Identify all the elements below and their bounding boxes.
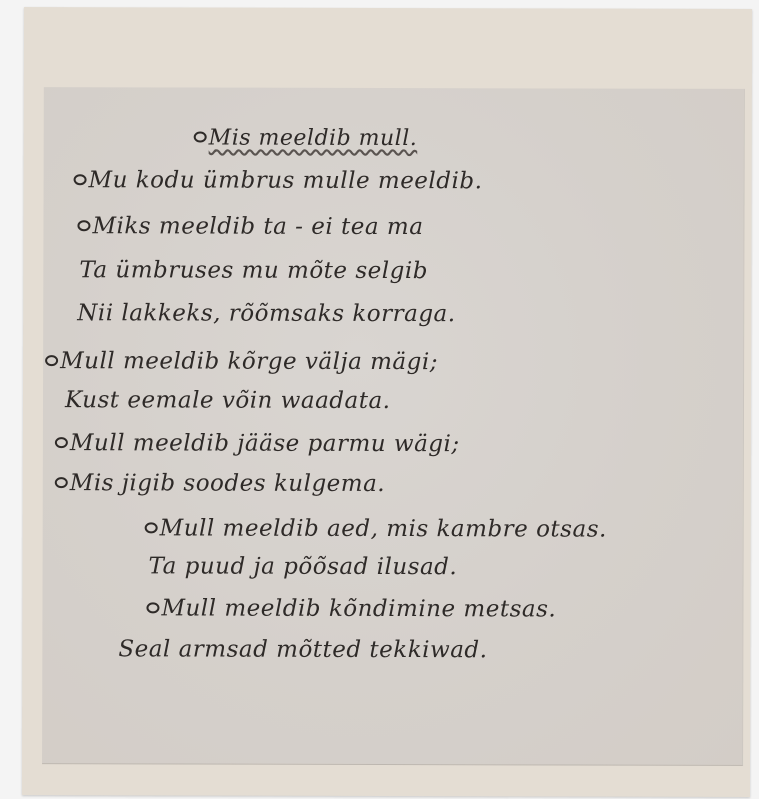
poem-line: Ta ümbruses mu mõte selgib: [79, 259, 428, 283]
poem-line: Nii lakkeks, rõõmsaks korraga.: [77, 302, 455, 326]
photograph: Mis meeldib mull. Mu kodu ümbrus mulle m…: [42, 87, 745, 766]
poem-line: Mull meeldib jääse parmu wägi;: [55, 432, 460, 456]
poem-line: Mu kodu ümbrus mulle meeldib.: [74, 169, 483, 193]
flourish-icon: [194, 131, 207, 142]
poem-line: Mull meeldib kõrge välja mägi;: [45, 350, 438, 374]
poem-line: Seal armsad mõtted tekkiwad.: [118, 638, 487, 662]
poem-line: Mull meeldib aed, mis kambre otsas.: [145, 517, 607, 541]
poem-line: Miks meeldib ta - ei tea ma: [77, 215, 423, 239]
handwritten-poem: Mis meeldib mull. Mu kodu ümbrus mulle m…: [42, 87, 744, 765]
poem-line: Mull meeldib kõndimine metsas.: [146, 597, 556, 621]
flourish-icon: [146, 602, 159, 613]
flourish-icon: [55, 477, 68, 488]
poem-line: Kust eemale võin waadata.: [65, 389, 391, 413]
poem-line: Ta puud ja põõsad ilusad.: [149, 555, 458, 579]
poem-title: Mis meeldib mull.: [194, 127, 418, 150]
flourish-icon: [74, 174, 87, 185]
poem-line: Mis jigib soodes kulgema.: [55, 472, 385, 496]
flourish-icon: [45, 355, 58, 366]
flourish-icon: [77, 220, 90, 231]
mount-board: Mis meeldib mull. Mu kodu ümbrus mulle m…: [22, 7, 752, 797]
flourish-icon: [55, 437, 68, 448]
flourish-icon: [145, 522, 158, 533]
